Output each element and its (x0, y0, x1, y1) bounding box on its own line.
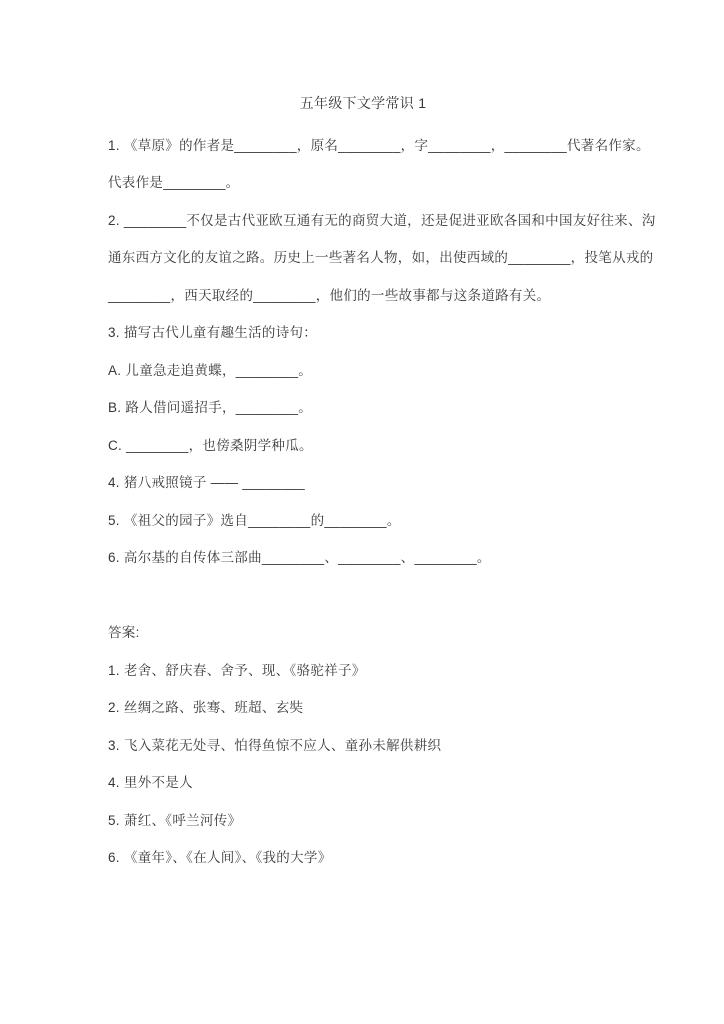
question-6: 6. 高尔基的自传体三部曲________、________、________。 (108, 539, 618, 577)
question-3-item-c: C. ________，也傍桑阴学种瓜。 (108, 427, 618, 465)
question-4: 4. 猪八戒照镜子 —— ________ (108, 464, 618, 502)
question-3: 3. 描写古代儿童有趣生活的诗句： (108, 314, 618, 352)
question-5: 5. 《祖父的园子》选自________的________。 (108, 502, 618, 540)
answer-2: 2. 丝绸之路、张骞、班超、玄奘 (108, 689, 618, 727)
answer-3: 3. 飞入菜花无处寻、怕得鱼惊不应人、童孙未解供耕织 (108, 727, 618, 765)
document-page: 五年级下文学常识 1 1. 《草原》的作者是________，原名_______… (0, 0, 724, 1024)
page-title: 五年级下文学常识 1 (108, 85, 618, 123)
answer-4: 4. 里外不是人 (108, 764, 618, 802)
question-3-item-b: B. 路人借问遥招手，________。 (108, 389, 618, 427)
answer-6: 6. 《童年》、《在人间》、《我的大学》 (108, 839, 618, 877)
question-1-line-2: 代表作是________。 (108, 164, 618, 202)
questions-section: 1. 《草原》的作者是________，原名________，字________… (108, 127, 618, 577)
answers-heading: 答案: (108, 614, 618, 652)
question-2-line-3: ________，西天取经的________，他们的一些故事都与这条道路有关。 (108, 277, 618, 315)
answer-1: 1. 老舍、舒庆春、舍予、现、《骆驼祥子》 (108, 652, 618, 690)
question-3-item-a: A. 儿童急走追黄蝶，________。 (108, 352, 618, 390)
answers-section: 答案: 1. 老舍、舒庆春、舍予、现、《骆驼祥子》 2. 丝绸之路、张骞、班超、… (108, 614, 618, 877)
question-2-line-1: 2. ________不仅是古代亚欧互通有无的商贸大道，还是促进亚欧各国和中国友… (108, 202, 618, 240)
question-1-line-1: 1. 《草原》的作者是________，原名________，字________… (108, 127, 618, 165)
question-2-line-2: 通东西方文化的友谊之路。历史上一些著名人物，如，出使西域的________，投笔… (108, 239, 618, 277)
answer-5: 5. 萧红、《呼兰河传》 (108, 802, 618, 840)
